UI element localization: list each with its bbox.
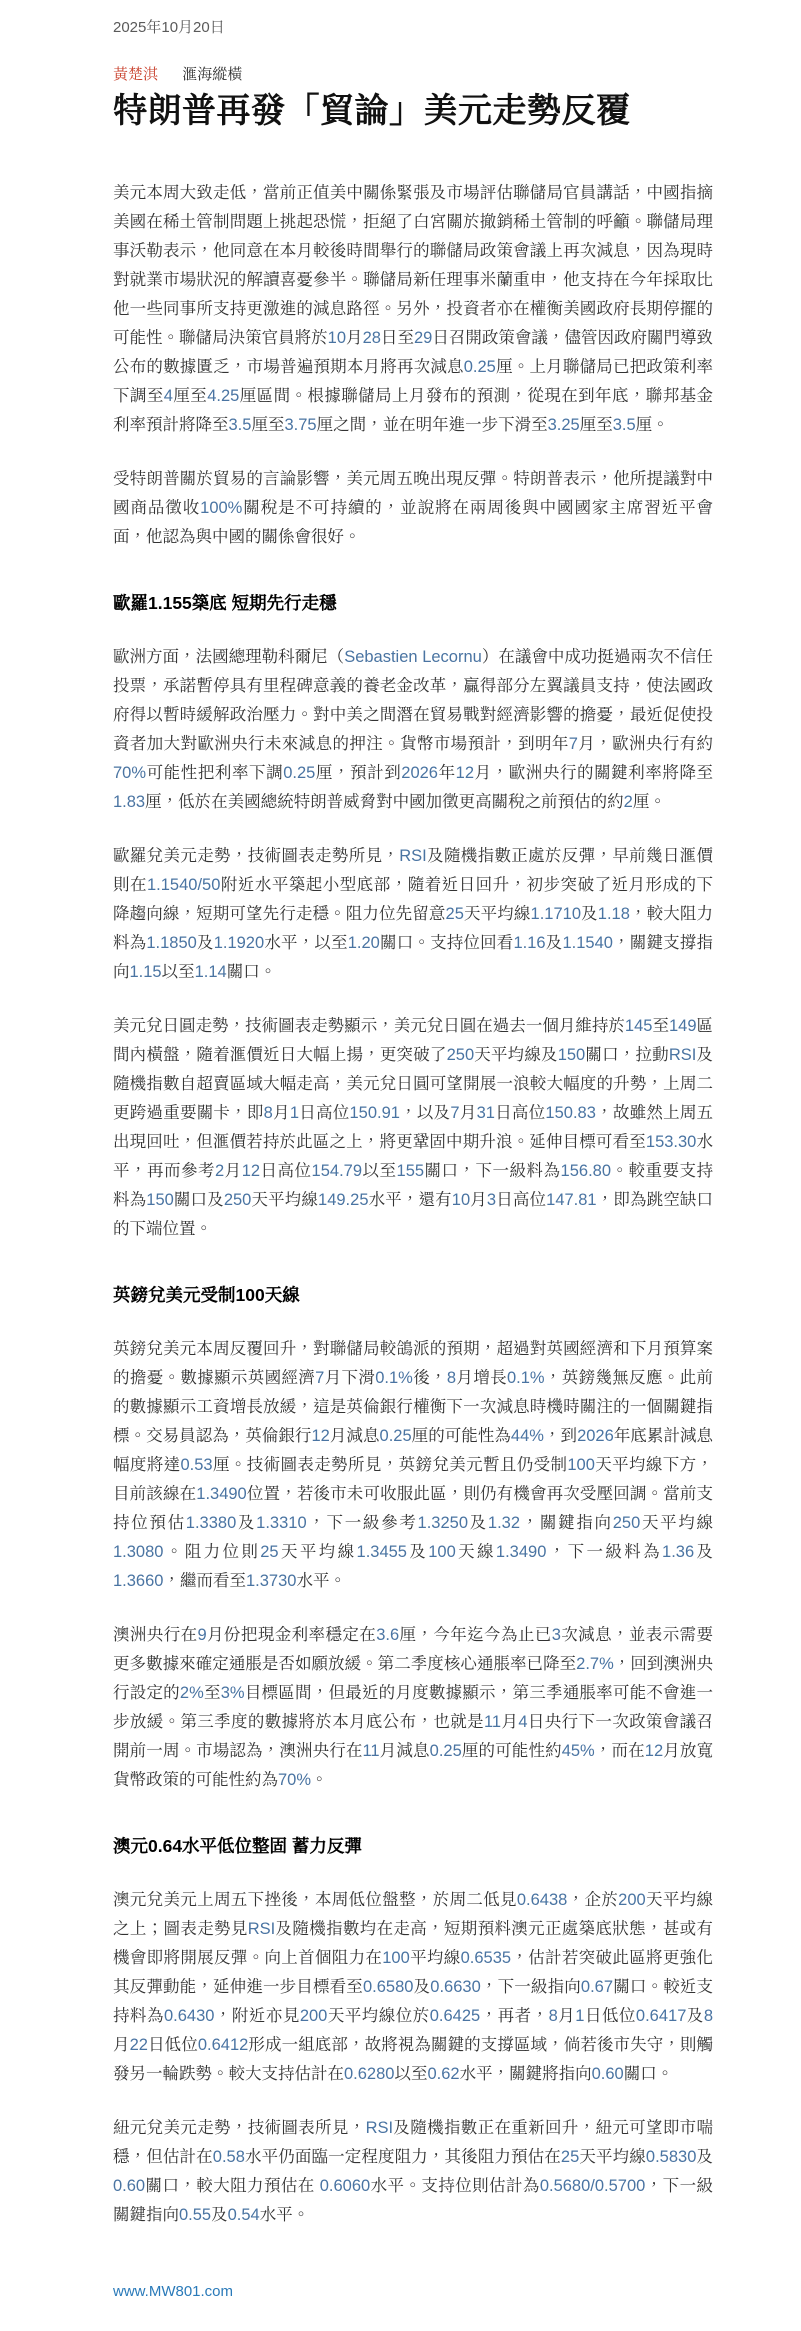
numeric-value: 1.3080 xyxy=(113,1543,163,1561)
article-body: 美元本周大致走低，當前正值美中關係緊張及市場評估聯儲局官員講話，中國指摘美國在稀… xyxy=(113,179,713,2230)
numeric-value: 3.5 xyxy=(613,416,636,434)
numeric-value: 3.6 xyxy=(376,1626,399,1644)
numeric-value: 70% xyxy=(278,1771,311,1789)
numeric-value: 150 xyxy=(558,1046,586,1064)
numeric-value: 45% xyxy=(562,1742,595,1760)
numeric-value: 0.60 xyxy=(592,2065,624,2083)
numeric-value: 145 xyxy=(625,1017,653,1035)
numeric-value: 1 xyxy=(290,1104,299,1122)
numeric-value: 3 xyxy=(552,1626,561,1644)
numeric-value: 7 xyxy=(569,735,578,753)
numeric-value: 0.5680/0.5700 xyxy=(540,2177,646,2195)
numeric-value: 3.5 xyxy=(229,416,252,434)
numeric-value: 10 xyxy=(452,1191,470,1209)
numeric-value: 0.1% xyxy=(507,1369,545,1387)
numeric-value: 0.6417 xyxy=(636,2007,686,2025)
section-heading: 澳元0.64水平低位整固 蓄力反彈 xyxy=(113,1833,713,1858)
numeric-value: 70% xyxy=(113,764,146,782)
numeric-value: 8 xyxy=(549,2007,558,2025)
article-date: 2025年10月20日 xyxy=(113,16,713,37)
numeric-value: 8 xyxy=(704,2007,713,2025)
numeric-value: 1.1850 xyxy=(146,934,196,952)
numeric-value: 12 xyxy=(242,1162,260,1180)
numeric-value: 1.3490 xyxy=(496,1543,546,1561)
numeric-value: 0.25 xyxy=(283,764,315,782)
numeric-value: 200 xyxy=(618,1891,646,1909)
numeric-value: 156.80 xyxy=(561,1162,611,1180)
numeric-value: 9 xyxy=(198,1626,207,1644)
numeric-value: 0.6630 xyxy=(430,1978,480,1996)
numeric-value: 0.55 xyxy=(179,2206,211,2224)
article-paragraph: 美元兌日圓走勢，技術圖表走勢顯示，美元兌日圓在過去一個月維持於145至149區間… xyxy=(113,1012,713,1244)
column-name[interactable]: 滙海縱橫 xyxy=(182,66,242,83)
numeric-value: 150.91 xyxy=(349,1104,399,1122)
numeric-value: 154.79 xyxy=(312,1162,362,1180)
numeric-value: 200 xyxy=(300,2007,328,2025)
numeric-value: 0.54 xyxy=(228,2206,260,2224)
numeric-value: 153.30 xyxy=(646,1133,696,1151)
numeric-value: 0.6412 xyxy=(198,2036,248,2054)
numeric-value: 1.3380 xyxy=(186,1514,236,1532)
numeric-value: 155 xyxy=(397,1162,425,1180)
numeric-value: 147.81 xyxy=(546,1191,596,1209)
numeric-value: 4.25 xyxy=(207,387,239,405)
numeric-value: 1.1920 xyxy=(214,934,264,952)
numeric-value: 0.25 xyxy=(464,358,496,376)
numeric-value: 250 xyxy=(224,1191,252,1209)
numeric-value: RSI xyxy=(399,847,427,865)
numeric-value: 100 xyxy=(567,1456,595,1474)
numeric-value: 2.7% xyxy=(576,1655,614,1673)
numeric-value: Sebastien xyxy=(344,648,417,666)
numeric-value: 12 xyxy=(311,1427,329,1445)
numeric-value: 3% xyxy=(221,1684,245,1702)
numeric-value: 1.20 xyxy=(348,934,380,952)
numeric-value: 8 xyxy=(264,1104,273,1122)
numeric-value: 0.6580 xyxy=(363,1978,413,1996)
numeric-value: 2% xyxy=(180,1684,204,1702)
numeric-value: 28 xyxy=(363,329,381,347)
numeric-value: 0.6280 xyxy=(344,2065,394,2083)
numeric-value: 1.3730 xyxy=(246,1572,296,1590)
numeric-value: 150 xyxy=(146,1191,174,1209)
numeric-value: 3.25 xyxy=(548,416,580,434)
numeric-value: 1.36 xyxy=(662,1543,694,1561)
numeric-value: 100 xyxy=(428,1543,456,1561)
numeric-value: 3.75 xyxy=(284,416,316,434)
numeric-value: 2026 xyxy=(577,1427,614,1445)
numeric-value: 25 xyxy=(446,905,464,923)
numeric-value: 1 xyxy=(575,2007,584,2025)
numeric-value: 10 xyxy=(328,329,346,347)
numeric-value: RSI xyxy=(248,1920,276,1938)
numeric-value: 12 xyxy=(645,1742,663,1760)
numeric-value: 1.16 xyxy=(513,934,545,952)
article-paragraph: 歐洲方面，法國總理勒科爾尼（Sebastien Lecornu）在議會中成功挺過… xyxy=(113,643,713,817)
numeric-value: 1.83 xyxy=(113,793,145,811)
footer-site-link[interactable]: www.MW801.com xyxy=(113,2283,233,2300)
numeric-value: 150.83 xyxy=(545,1104,595,1122)
article-paragraph: 紐元兌美元走勢，技術圖表所見，RSI及隨機指數正在重新回升，紐元可望即市喘穩，但… xyxy=(113,2114,713,2230)
numeric-value: 0.62 xyxy=(427,2065,459,2083)
numeric-value: 4 xyxy=(518,1713,527,1731)
numeric-value: 1.3455 xyxy=(357,1543,407,1561)
numeric-value: 1.1540/50 xyxy=(147,876,220,894)
numeric-value: 100 xyxy=(382,1949,410,1967)
numeric-value: 1.3490 xyxy=(196,1485,246,1503)
numeric-value: 31 xyxy=(477,1104,495,1122)
numeric-value: 0.6425 xyxy=(430,2007,480,2025)
article-paragraph: 受特朗普關於貿易的言論影響，美元周五晚出現反彈。特朗普表示，他所提議對中國商品徵… xyxy=(113,465,713,552)
numeric-value: 1.3660 xyxy=(113,1572,163,1590)
numeric-value: 11 xyxy=(484,1713,501,1731)
numeric-value: Lecornu xyxy=(422,648,482,666)
numeric-value: 0.25 xyxy=(430,1742,462,1760)
numeric-value: 0.6430 xyxy=(164,2007,214,2025)
numeric-value: 1.18 xyxy=(598,905,630,923)
numeric-value: 1.14 xyxy=(195,963,227,981)
numeric-value: 0.25 xyxy=(380,1427,412,1445)
article-paragraph: 英鎊兌美元本周反覆回升，對聯儲局較鴿派的預期，超過對英國經濟和下月預算案的擔憂。… xyxy=(113,1335,713,1596)
numeric-value: 2 xyxy=(624,793,633,811)
numeric-value: 11 xyxy=(362,1742,379,1760)
numeric-value: 22 xyxy=(130,2036,148,2054)
numeric-value: 0.67 xyxy=(581,1978,613,1996)
numeric-value: 2026 xyxy=(401,764,438,782)
numeric-value: 29 xyxy=(414,329,432,347)
numeric-value: 25 xyxy=(561,2148,579,2166)
numeric-value: 250 xyxy=(613,1514,641,1532)
numeric-value: 1.1540 xyxy=(562,934,612,952)
numeric-value: 0.1% xyxy=(375,1369,413,1387)
numeric-value: 0.60 xyxy=(113,2177,145,2195)
numeric-value: 0.6060 xyxy=(320,2177,370,2195)
numeric-value: 25 xyxy=(260,1543,278,1561)
numeric-value: RSI xyxy=(669,1046,697,1064)
numeric-value: 3 xyxy=(487,1191,496,1209)
article-title: 特朗普再發「貿論」美元走勢反覆 xyxy=(113,90,713,133)
numeric-value: 12 xyxy=(456,764,474,782)
byline: 黃楚淇 滙海縱橫 xyxy=(113,63,713,84)
numeric-value: 8 xyxy=(447,1369,456,1387)
numeric-value: 7 xyxy=(315,1369,324,1387)
numeric-value: 4 xyxy=(164,387,173,405)
numeric-value: 1.15 xyxy=(130,963,162,981)
numeric-value: 0.58 xyxy=(213,2148,245,2166)
article-paragraph: 澳元兌美元上周五下挫後，本周低位盤整，於周二低見0.6438，企於200天平均線… xyxy=(113,1886,713,2089)
numeric-value: 44% xyxy=(511,1427,544,1445)
numeric-value: 1.3250 xyxy=(418,1514,468,1532)
numeric-value: 1.1710 xyxy=(531,905,581,923)
numeric-value: 0.6438 xyxy=(517,1891,567,1909)
section-heading: 歐羅1.155築底 短期先行走穩 xyxy=(113,590,713,615)
numeric-value: 0.6535 xyxy=(461,1949,511,1967)
numeric-value: 100% xyxy=(200,499,242,517)
numeric-value: 1.32 xyxy=(488,1514,520,1532)
numeric-value: 149.25 xyxy=(318,1191,368,1209)
article-paragraph: 美元本周大致走低，當前正值美中關係緊張及市場評估聯儲局官員講話，中國指摘美國在稀… xyxy=(113,179,713,440)
numeric-value: 149 xyxy=(669,1017,697,1035)
numeric-value: 0.5830 xyxy=(646,2148,696,2166)
article-page: 2025年10月20日 黃楚淇 滙海縱橫 特朗普再發「貿論」美元走勢反覆 美元本… xyxy=(0,0,801,2331)
numeric-value: 0.53 xyxy=(181,1456,213,1474)
numeric-value: RSI xyxy=(366,2119,394,2137)
numeric-value: 7 xyxy=(450,1104,459,1122)
numeric-value: 2 xyxy=(215,1162,224,1180)
numeric-value: 1.3310 xyxy=(256,1514,306,1532)
numeric-value: 250 xyxy=(447,1046,475,1064)
author-name[interactable]: 黃楚淇 xyxy=(113,66,158,83)
article-paragraph: 澳洲央行在9月份把現金利率穩定在3.6厘，今年迄今為止已3次減息，並表示需要更多… xyxy=(113,1621,713,1795)
section-heading: 英鎊兌美元受制100天線 xyxy=(113,1282,713,1307)
article-paragraph: 歐羅兌美元走勢，技術圖表走勢所見，RSI及隨機指數正處於反彈，早前幾日滙價則在1… xyxy=(113,842,713,987)
